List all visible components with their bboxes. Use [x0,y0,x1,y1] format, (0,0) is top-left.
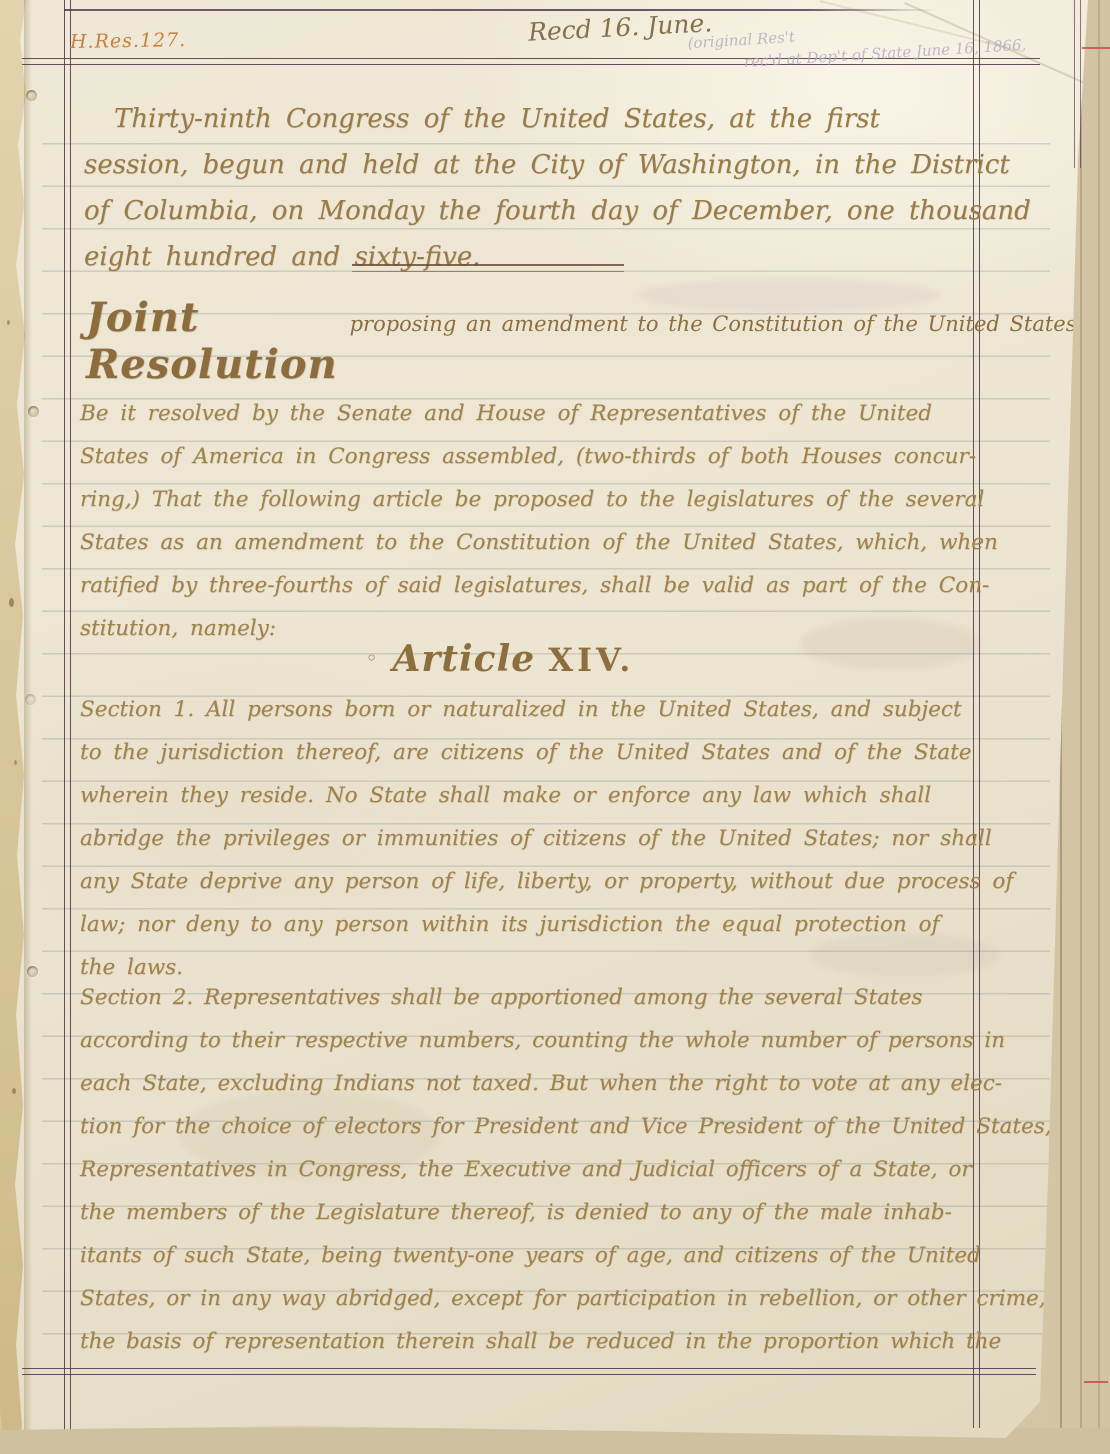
resolution-title-text: proposing an amendment to the Constituti… [350,312,1084,336]
under-page-edge [1080,0,1082,1454]
punch-hole [28,406,39,417]
punch-hole [26,90,37,101]
docket-number: H.Res.127. [70,29,187,53]
preamble-line: States as an amendment to the Constituti… [80,521,975,564]
section2-line: States, or in any way abridged, except f… [80,1277,975,1320]
section2-line: tion for the choice of electors for Pres… [80,1105,975,1148]
red-margin-mark [1082,47,1110,49]
preamble: Be it resolved by the Senate and House o… [80,392,975,650]
article-numeral: XIV. [548,641,634,679]
section-1: Section 1. All persons born or naturaliz… [80,688,975,989]
binding-speck [14,760,17,765]
binding-edge-shadow [24,0,32,1454]
preamble-line: ratified by three-fourths of said legisl… [80,564,975,607]
section-2: Section 2. Representatives shall be appo… [80,976,975,1363]
punch-hole [27,966,38,977]
punch-hole [25,694,36,705]
section2-line: the basis of representation therein shal… [80,1320,975,1363]
section1-line: any State deprive any person of life, li… [80,860,975,903]
received-note: Recd 16. June. [527,8,713,47]
preamble-line: States of America in Congress assembled,… [80,435,975,478]
joint-resolution-emphasis: Joint Resolution [86,294,338,388]
caption-divider [352,264,624,272]
border-rule-bottom [22,1368,1036,1375]
article-ornament: ◦ [366,646,378,670]
caption-line: of Columbia, on Monday the fourth day of… [84,188,979,234]
under-page-border-rule [1074,0,1081,168]
section1-line: Section 1. All persons born or naturaliz… [80,688,975,731]
binding-speck [12,1088,16,1094]
section2-line: the members of the Legislature thereof, … [80,1191,975,1234]
manuscript-sheet: H.Res.127. Recd 16. June. (original Res'… [0,0,1110,1454]
caption-line: eight hundred and sixty-five. [84,234,979,280]
resolution-title: Joint Resolution proposing an amendment … [86,294,971,388]
document-scan: H.Res.127. Recd 16. June. (original Res'… [0,0,1110,1454]
caption-line: Thirty-ninth Congress of the United Stat… [84,96,979,142]
binding-speck [9,598,14,607]
caption-line: session, begun and held at the City of W… [84,142,979,188]
red-margin-mark [1084,1381,1108,1383]
section2-line: according to their respective numbers, c… [80,1019,975,1062]
section1-line: abridge the privileges or immunities of … [80,817,975,860]
article-word: Article [392,638,535,680]
section2-line: Representatives in Congress, the Executi… [80,1148,975,1191]
binding-edge [0,0,27,1454]
section2-line: itants of such State, being twenty-one y… [80,1234,975,1277]
section2-line: each State, excluding Indians not taxed.… [80,1062,975,1105]
binding-speck [7,320,10,325]
section1-line: wherein they reside. No State shall make… [80,774,975,817]
header-rule [64,9,936,11]
section1-line: law; nor deny to any person within its j… [80,903,975,946]
article-heading: ◦ Article XIV. [60,638,940,680]
section2-line: Section 2. Representatives shall be appo… [80,976,975,1019]
preamble-line: ring,) That the following article be pro… [80,478,975,521]
congress-caption: Thirty-ninth Congress of the United Stat… [84,96,979,280]
section1-line: to the jurisdiction thereof, are citizen… [80,731,975,774]
under-page-edge [1098,0,1100,1454]
preamble-line: Be it resolved by the Senate and House o… [80,392,975,435]
border-rule-left [64,0,71,1440]
